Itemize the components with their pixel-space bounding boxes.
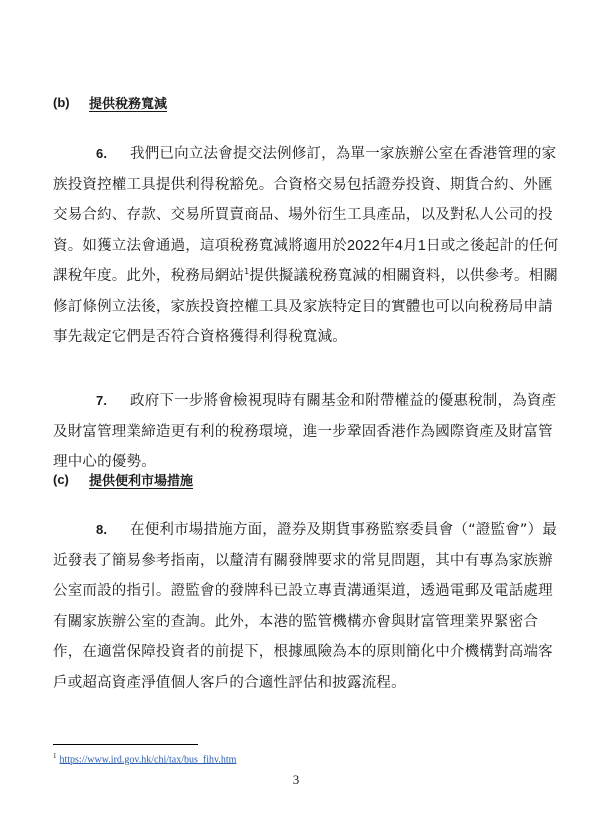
paragraph-line: 資。如獲立法會通過，這項稅務寬減將適用於2022年4月1日或之後起計的任何	[53, 231, 540, 262]
paragraph-number: 7.	[96, 386, 130, 417]
paragraph-line: 7.政府下一步將會檢視現時有關基金和附帶權益的優惠稅制，為資產	[53, 386, 540, 417]
paragraph-line: 8.在便利市場措施方面，證券及期貨事務監察委員會（“證監會”）最	[53, 515, 540, 546]
paragraph-7: 7.政府下一步將會檢視現時有關基金和附帶權益的優惠稅制，為資產 及財富管理業締造…	[53, 386, 540, 478]
paragraph-line: 有關家族辦公室的查詢。此外，本港的監管機構亦會與財富管理業界緊密合	[53, 607, 540, 638]
paragraph-line: 交易合約、存款、交易所買賣商品、場外衍生工具產品，以及對私人公司的投	[53, 200, 540, 231]
paragraph-line: 及財富管理業締造更有利的稅務環境，進一步鞏固香港作為國際資產及財富管	[53, 417, 540, 448]
paragraph-line: 作，在適當保障投資者的前提下，根據風險為本的原則簡化中介機構對高端客	[53, 637, 540, 668]
footnote-mark: 1	[53, 752, 57, 760]
section-label: (c)	[53, 472, 89, 487]
document-page: (b) 提供稅務寬減 6.我們已向立法會提交法例修訂，為單一家族辦公室在香港管理…	[0, 0, 592, 834]
paragraph-number: 8.	[96, 515, 130, 546]
section-title: 提供稅務寬減	[89, 93, 167, 112]
paragraph-line: 課稅年度。此外，稅務局網站1提供擬議稅務寬減的相關資料，以供參考。相關	[53, 261, 540, 292]
footnote: 1https://www.ird.gov.hk/chi/tax/bus_fihv…	[53, 752, 236, 765]
paragraph-8: 8.在便利市場措施方面，證券及期貨事務監察委員會（“證監會”）最 近發表了簡易參…	[53, 515, 540, 698]
paragraph-line: 族投資控權工具提供利得稅豁免。合資格交易包括證券投資、期貨合約、外匯	[53, 170, 540, 201]
paragraph-line: 6.我們已向立法會提交法例修訂，為單一家族辦公室在香港管理的家	[53, 139, 540, 170]
paragraph-line: 公室而設的指引。證監會的發牌科已設立專責溝通渠道，透過電郵及電話處理	[53, 576, 540, 607]
footnote-link[interactable]: https://www.ird.gov.hk/chi/tax/bus_fihv.…	[60, 754, 237, 765]
paragraph-line: 事先裁定它們是否符合資格獲得利得稅寬減。	[53, 322, 540, 353]
paragraph-line: 近發表了簡易參考指南，以釐清有關發牌要求的常見問題，其中有專為家族辦	[53, 546, 540, 577]
paragraph-line: 修訂條例立法後，家族投資控權工具及家族特定目的實體也可以向稅務局申請	[53, 292, 540, 323]
section-heading-c: (c) 提供便利市場措施	[53, 470, 193, 489]
section-label: (b)	[53, 95, 89, 110]
paragraph-line: 戶或超高資產淨值個人客戶的合適性評估和披露流程。	[53, 668, 540, 699]
paragraph-number: 6.	[96, 139, 130, 170]
footnote-separator	[53, 744, 198, 745]
page-number: 3	[0, 772, 592, 788]
section-title: 提供便利市場措施	[89, 470, 193, 489]
paragraph-6: 6.我們已向立法會提交法例修訂，為單一家族辦公室在香港管理的家 族投資控權工具提…	[53, 139, 540, 353]
section-heading-b: (b) 提供稅務寬減	[53, 93, 167, 112]
